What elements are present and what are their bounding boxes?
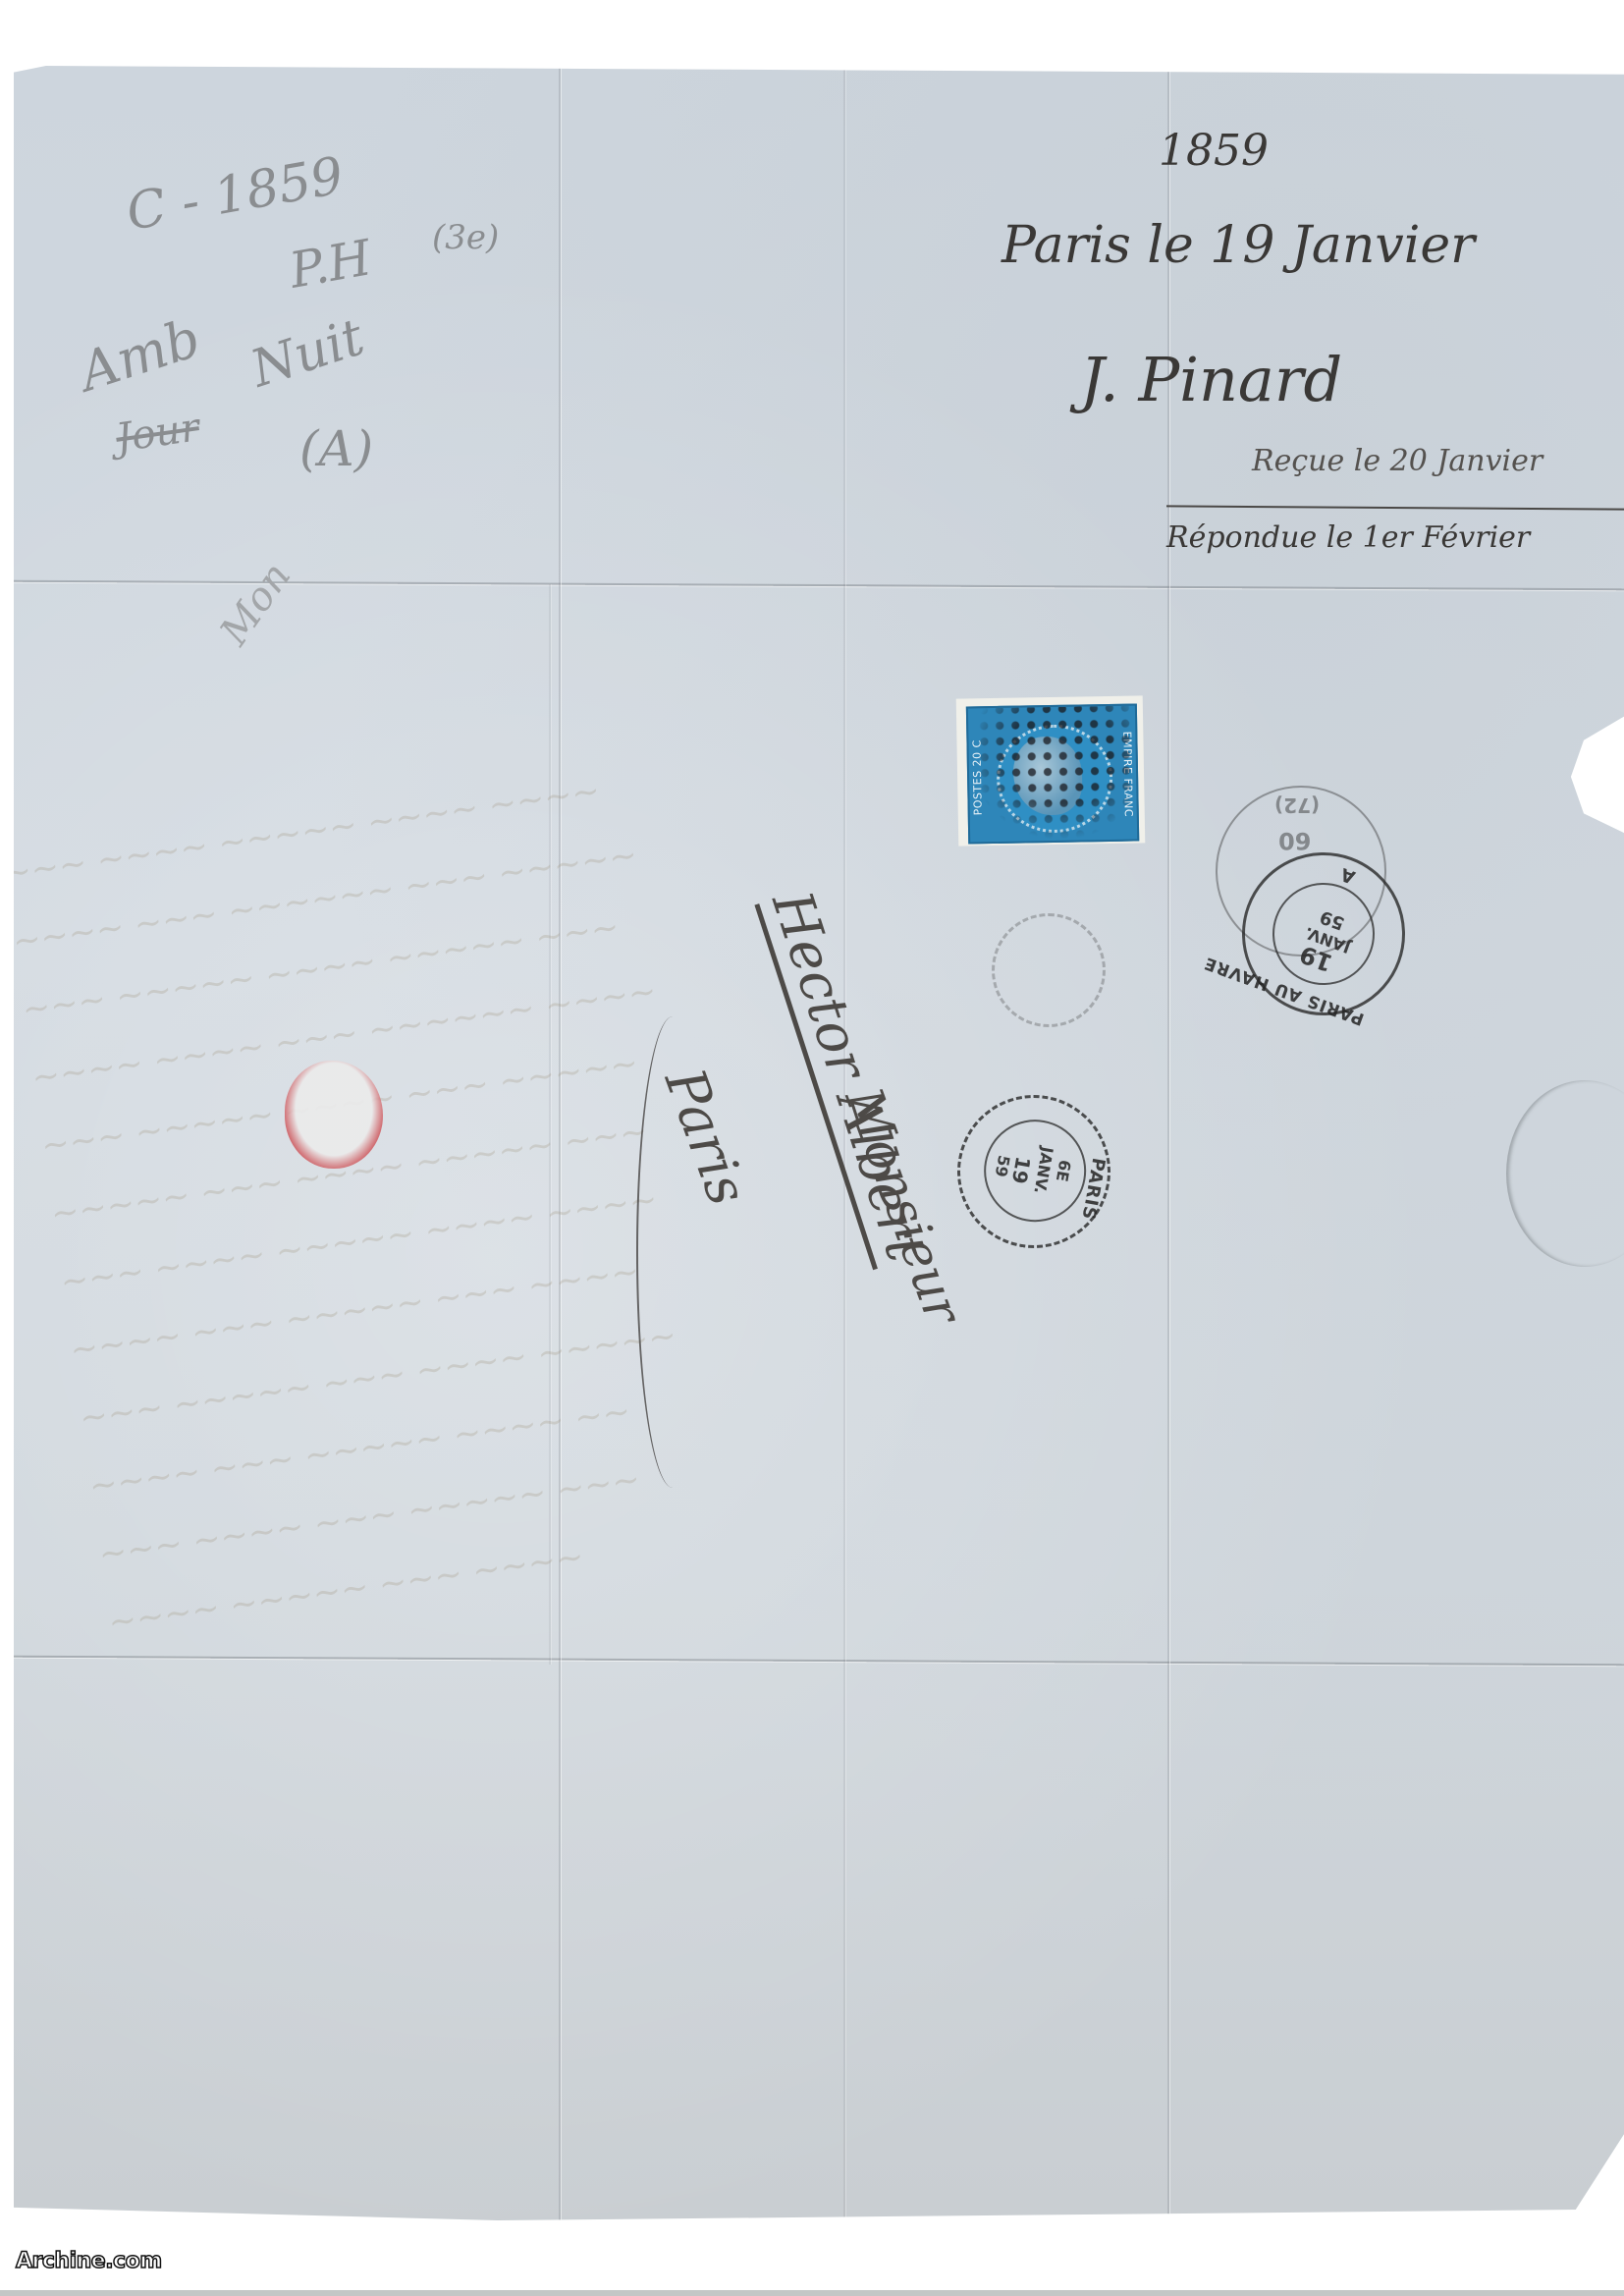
postage-stamp: EMPIRE FRANC POSTES 20 C [956, 695, 1146, 846]
fold-line-bottom [14, 1656, 1624, 1667]
docket-year: 1859 [1159, 126, 1269, 176]
watermark: Archine.com [16, 2249, 162, 2273]
postmark-paris-year: 59 [992, 1154, 1014, 1178]
postmark-havre-letter: A [1338, 863, 1358, 888]
docket-received: Reçue le 20 Janvier [1252, 444, 1543, 478]
pencil-note-3e: (3e) [432, 218, 499, 257]
bottom-scan-strip [0, 2290, 1624, 2296]
faint-postmark-partial [992, 913, 1106, 1027]
docket-sender: J. Pinard [1080, 344, 1342, 415]
pencil-note-a: (A) [299, 420, 373, 477]
bleed-through-text: ~~~ ~~~~ ~~~~~ ~~~~ ~~~~ ~~~~ ~~~ ~~~~~~… [0, 752, 737, 1657]
docket-place-date: Paris le 19 Janvier [1001, 216, 1475, 275]
wax-seal [285, 1061, 383, 1169]
letter-sheet: ~~~ ~~~~ ~~~~~ ~~~~ ~~~~ ~~~~ ~~~ ~~~~~~… [14, 66, 1624, 2220]
postmark-faint-72-text: (72) [1274, 793, 1320, 817]
postmark-faint-60-text: 60 [1278, 827, 1311, 854]
stamp-frame: EMPIRE FRANC POSTES 20 C [966, 703, 1139, 844]
postmark-paris-hour: 6E [1053, 1159, 1075, 1183]
docket-answered: Répondue le 1er Février [1166, 520, 1530, 555]
dotted-cancel-mark [968, 705, 1137, 842]
